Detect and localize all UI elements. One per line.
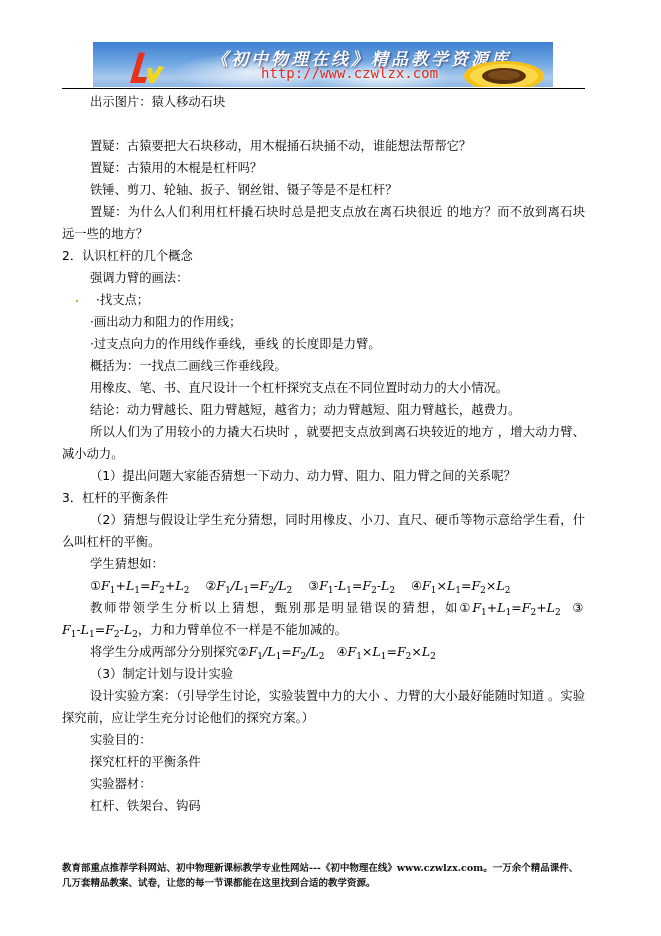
circled-number: ④ — [336, 645, 347, 659]
formula: F1-L1=F2-L2 — [62, 622, 138, 637]
paragraph: 教师带领学生分析以上猜想，甄别那是明显错误的猜想，如①F1+L1=F2+L2 ③… — [62, 597, 585, 641]
banner-url: http://www.czwlzx.com — [261, 66, 438, 82]
formula: F1/L1=F2/L2 — [249, 644, 325, 659]
paragraph: 实验器材： — [62, 773, 585, 795]
paragraph: （3）制定计划与设计实验 — [62, 663, 585, 685]
formula-guess-1: ①F1+L1=F2+L2 — [90, 579, 189, 593]
section-heading: 3．杠杆的平衡条件 — [62, 487, 585, 509]
paragraph: 实验目的： — [62, 729, 585, 751]
circled-number: ① — [459, 601, 472, 615]
paragraph-text: 教师带领学生分析以上猜想，甄别那是明显错误的猜想，如 — [90, 601, 459, 615]
paragraph: 置疑：为什么人们利用杠杆撬石块时总是把支点放在离石块很近 的地方？而不放到离石块… — [62, 201, 585, 245]
paragraph: 探究杠杆的平衡条件 — [62, 751, 585, 773]
sunflower-icon — [463, 56, 545, 87]
list-item-text: ·找支点； — [96, 293, 149, 307]
circled-number: ② — [238, 645, 249, 659]
circled-number: ④ — [411, 579, 422, 593]
paragraph: 铁锤、剪刀、轮轴、扳子、钢丝钳、镊子等是不是杠杆？ — [62, 179, 585, 201]
footer-line: 教育部重点推荐学科网站、初中物理新课标教学专业性网站---《初中物理在线》www… — [62, 861, 582, 876]
stray-mark — [76, 300, 78, 302]
paragraph: 出示图片：猿人移动石块 — [62, 91, 585, 113]
page-footer: 教育部重点推荐学科网站、初中物理新课标教学专业性网站---《初中物理在线》www… — [62, 861, 582, 891]
paragraph: 用橡皮、笔、书、直尺设计一个杠杆探究支点在不同位置时动力的大小情况。 — [62, 377, 585, 399]
paragraph: 学生猜想如： — [62, 553, 585, 575]
circled-number: ③ — [308, 579, 319, 593]
paragraph: 所以人们为了用较小的力撬大石块时 ，就要把支点放到离石块较近的地方 ，增大动力臂… — [62, 421, 585, 465]
document-body: 出示图片：猿人移动石块 置疑：古猿要把大石块移动，用木棍捅石块捅不动，谁能想法帮… — [62, 91, 585, 817]
circled-number: ③ — [572, 601, 585, 615]
paragraph: 置疑：古猿用的木棍是杠杆吗？ — [62, 157, 585, 179]
blank-line — [62, 113, 585, 135]
formula: F1+L1=F2+L2 — [472, 600, 560, 615]
list-item: ·找支点； — [62, 289, 585, 311]
paragraph-text: ，力和力臂单位不一样是不能加减的。 — [138, 623, 347, 637]
site-logo-icon — [125, 50, 165, 84]
paragraph: 结论：动力臂越长、阻力臂越短，越省力；动力臂越短、阻力臂越长，越费力。 — [62, 399, 585, 421]
formula-guess-2: ②F1/L1=F2/L2 — [205, 579, 292, 593]
paragraph-text: 将学生分成两部分分别探究 — [90, 645, 238, 659]
formula: F1×L1=F2×L2 — [348, 644, 436, 659]
circled-number: ① — [90, 579, 101, 593]
formula-guess-3: ③F1-L1=F2-L2 — [308, 579, 395, 593]
paragraph: 置疑：古猿要把大石块移动，用木棍捅石块捅不动，谁能想法帮帮它？ — [62, 135, 585, 157]
header-rule — [62, 88, 585, 89]
paragraph: （1）提出问题大家能否猜想一下动力、动力臂、阻力、阻力臂之间的关系呢？ — [62, 465, 585, 487]
paragraph: 概括为：一找点二画线三作垂线段。 — [62, 355, 585, 377]
paragraph: 设计实验方案：（引导学生讨论，实验装置中力的大小 、力臂的大小最好能随时知道 。… — [62, 685, 585, 729]
section-heading: 2．认识杠杆的几个概念 — [62, 245, 585, 267]
site-banner: 《初中物理在线》精品教学资源库 http://www.czwlzx.com — [93, 42, 553, 87]
paragraph: 将学生分成两部分分别探究②F1/L1=F2/L2④F1×L1=F2×L2 — [62, 641, 585, 663]
paragraph: 强调力臂的画法： — [62, 267, 585, 289]
paragraph: （2）猜想与假设让学生充分猜想，同时用橡皮、小刀、直尺、硬币等物示意给学生看，什… — [62, 509, 585, 553]
list-item: ·画出动力和阻力的作用线； — [62, 311, 585, 333]
formula-guess-4: ④F1×L1=F2×L2 — [411, 579, 510, 593]
paragraph: 杠杆、铁架台、钩码 — [62, 795, 585, 817]
circled-number: ② — [205, 579, 216, 593]
list-item: ·过支点向力的作用线作垂线，垂线 的长度即是力臂。 — [62, 333, 585, 355]
formula-list: ①F1+L1=F2+L2 ②F1/L1=F2/L2 ③F1-L1=F2-L2 ④… — [62, 575, 585, 597]
footer-line: 几万套精品教案、试卷，让您的每一节课都能在这里找到合适的教学资源。 — [62, 876, 582, 891]
